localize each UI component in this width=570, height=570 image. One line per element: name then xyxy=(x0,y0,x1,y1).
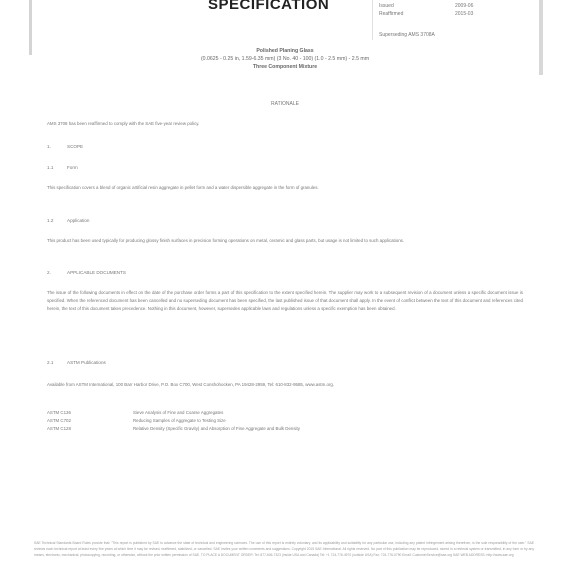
legal-footer: SAE Technical Standards Board Rules prov… xyxy=(34,540,534,558)
section-text: The issue of the following documents in … xyxy=(47,289,523,312)
reaffirmed-label: Reaffirmed xyxy=(379,11,403,17)
title-line-3: Three Component Mixture xyxy=(100,63,470,71)
section-text: This specification covers a blend of org… xyxy=(47,184,523,192)
right-margin-rule xyxy=(539,0,543,75)
reference-row: ASTM C136Sieve Analysis of Fine and Coar… xyxy=(47,410,223,415)
document-title-block: Polished Planing Glass (0.0625 - 0.25 in… xyxy=(100,47,470,71)
reference-row: ASTM C128Relative Density (Specific Grav… xyxy=(47,426,300,431)
section-text: This product has been used typically for… xyxy=(47,237,523,245)
title-line-1: Polished Planing Glass xyxy=(100,47,470,55)
reference-row: ASTM C702Reducing Samples of Aggregate t… xyxy=(47,418,226,423)
issued-label: Issued xyxy=(379,3,394,9)
superseding-label: Superseding AMS 3708A xyxy=(379,32,435,38)
section-heading: 1.SCOPE xyxy=(47,144,83,149)
issued-value: 2009-06 xyxy=(455,3,473,9)
section-heading: 2.1ASTM Publications xyxy=(47,360,106,365)
spec-title: SPECIFICATION xyxy=(208,0,329,13)
left-margin-rule xyxy=(29,0,32,55)
section-heading: 2.APPLICABLE DOCUMENTS xyxy=(47,270,126,275)
rationale-heading: RATIONALE xyxy=(0,101,570,107)
title-line-2: (0.0625 - 0.25 in, 1.59-6.35 mm) (3 No. … xyxy=(100,55,470,63)
rationale-text: AMS 3708 has been reaffirmed to comply w… xyxy=(47,120,523,128)
section-heading: 1.2Application xyxy=(47,218,89,223)
section-text: Available from ASTM International, 100 B… xyxy=(47,381,523,389)
reaffirmed-value: 2015-03 xyxy=(455,11,473,17)
section-heading: 1.1Form xyxy=(47,165,78,170)
header-info-box: Issued 2009-06 Reaffirmed 2015-03 Supers… xyxy=(372,0,501,40)
